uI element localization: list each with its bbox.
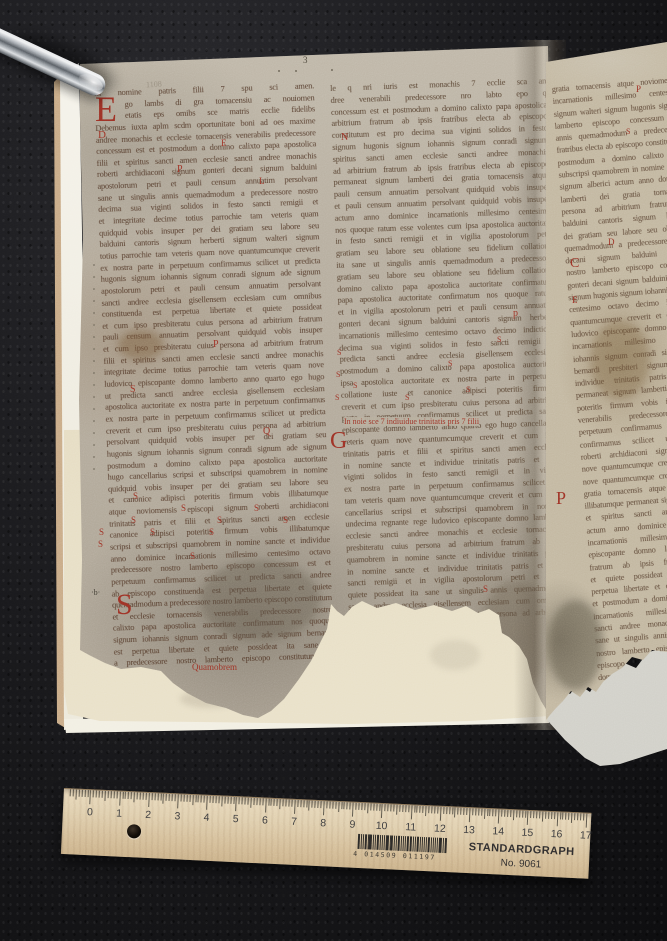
ruler-tick (122, 792, 123, 799)
pricking-dot (93, 384, 95, 386)
ruler-tick (277, 799, 278, 806)
pricking-dot (93, 312, 95, 314)
ruler-tick (350, 802, 351, 809)
ruler-tick (227, 797, 228, 804)
ruler-tick (104, 791, 105, 801)
ruler-tick (110, 791, 111, 798)
ruler-tick (134, 792, 135, 802)
ruler-tick (312, 801, 313, 808)
ruler-number: 15 (521, 827, 533, 840)
pricking-dot (278, 70, 280, 72)
ruler-tick (163, 794, 164, 804)
ruler-tick (364, 803, 365, 810)
pricking-dot (93, 276, 95, 278)
ruler-tick (539, 811, 540, 818)
pricking-dot (93, 360, 95, 362)
ruler-tick (309, 801, 310, 811)
ruler-tick (341, 802, 342, 809)
ruler-tick (437, 807, 438, 814)
ruler-number: 16 (550, 828, 562, 841)
ruler-tick (402, 805, 403, 812)
ruler-tick (420, 806, 421, 813)
ruler-tick (452, 807, 453, 814)
ruler-tick (563, 813, 564, 820)
ruler-tick (475, 808, 476, 815)
ruler-tick (481, 809, 482, 816)
ruler-tick (443, 807, 444, 814)
ruler-tick (583, 813, 584, 820)
ruler-tick (522, 811, 523, 818)
ruler-tick (137, 792, 138, 799)
ruler-tick (466, 808, 467, 815)
ruler-tick (99, 791, 100, 798)
ruler-tick (116, 791, 117, 798)
ruler-tick (405, 805, 406, 812)
ruler-tick (236, 797, 238, 811)
ruler-tick (151, 793, 152, 800)
ruler-tick (440, 807, 442, 821)
ruler-number: 10 (375, 820, 387, 833)
ruler-number: 14 (492, 825, 504, 838)
ruler-tick (390, 804, 391, 811)
ruler-tick (434, 806, 435, 813)
ruler-tick (248, 798, 249, 805)
ruler-tick (294, 800, 296, 814)
ruler-tick (84, 790, 85, 797)
ruler-tick (297, 800, 298, 807)
ruler-tick (180, 795, 181, 802)
ruler-tick (90, 790, 92, 804)
ruler-tick (577, 813, 578, 820)
ruler-tick (527, 811, 529, 825)
ruler-tick (326, 801, 327, 808)
ruler-tick (143, 793, 144, 800)
ruler-tick (230, 797, 231, 804)
ruler-tick (177, 794, 179, 808)
pricking-dot (93, 288, 95, 290)
ruler-tick (469, 808, 471, 822)
ruler-number: 5 (233, 813, 239, 825)
ruler-tick (516, 810, 517, 817)
ruler-tick (463, 808, 464, 815)
ruler-tick (70, 789, 71, 796)
ruler-tick (510, 810, 511, 817)
ruler-tick (396, 805, 397, 815)
ruler-tick (347, 802, 348, 809)
ruler-tick (536, 811, 537, 818)
ruler-tick (411, 805, 413, 819)
ruler-number: 17 (580, 829, 592, 842)
ruler-tick (507, 810, 508, 817)
ruler-tick (315, 801, 316, 808)
ruler-tick (192, 795, 193, 805)
ruler-tick (568, 813, 569, 820)
ruler-tick (358, 803, 359, 810)
ruler-tick (504, 810, 505, 817)
pricking-dot (93, 372, 95, 374)
ruler-tick (414, 806, 415, 813)
ruler-tick (210, 796, 211, 803)
ruler-number: 7 (291, 816, 297, 828)
ruler-tick (265, 798, 267, 812)
ruler-tick (525, 811, 526, 818)
pricking-dot (295, 70, 297, 72)
ruler-tick (388, 804, 389, 811)
pricking-dot (93, 300, 95, 302)
ruler-tick (487, 809, 488, 816)
ruler-number: 1 (116, 807, 122, 819)
stain (590, 320, 650, 400)
ruler-tick (75, 790, 76, 800)
red-initial: S (626, 128, 630, 136)
ruler-tick (195, 795, 196, 802)
ruler-tick (513, 810, 514, 820)
ruler-tick (580, 813, 581, 820)
pricking-dot (93, 348, 95, 350)
ruler-tick (256, 798, 257, 805)
ruler-tick (399, 805, 400, 812)
ruler-tick (285, 799, 286, 806)
ruler-tick (571, 813, 572, 823)
ruler-tick (78, 790, 79, 797)
red-initial: C (570, 257, 579, 271)
ruler-number: 6 (262, 814, 268, 826)
ruler-tick (224, 797, 225, 804)
ruler-tick (157, 793, 158, 800)
ruler-tick (145, 793, 146, 800)
ruler-tick (172, 794, 173, 801)
ruler-tick (498, 810, 500, 824)
pricking-dot (93, 336, 95, 338)
ruler-tick (381, 804, 383, 818)
ruler-tick (166, 794, 167, 801)
ruler-tick (87, 790, 88, 797)
ruler-tick (551, 812, 552, 819)
ruler-tick (198, 795, 199, 802)
ruler-tick (495, 809, 496, 816)
ruler-tick (288, 800, 289, 807)
ruler-tick (554, 812, 555, 819)
ruler-tick (242, 797, 243, 804)
ruler-tick (160, 794, 161, 801)
ruler-tick (519, 810, 520, 817)
ruler-tick (560, 812, 561, 819)
ruler-tick (460, 808, 461, 815)
stain (430, 640, 480, 670)
ruler-tick (556, 812, 558, 826)
ruler-number: 3 (174, 810, 180, 822)
pricking-dot (93, 432, 95, 434)
pricking-dot (93, 396, 95, 398)
ruler-number: 9 (349, 818, 355, 830)
ruler-tick (370, 803, 371, 810)
ruler-tick (417, 806, 418, 813)
ruler-tick (183, 795, 184, 802)
red-initial: P (556, 489, 566, 507)
ruler-tick (271, 799, 272, 806)
ruler-tick (125, 792, 126, 799)
ruler-tick (425, 806, 426, 816)
pricking-dot (93, 324, 95, 326)
ruler-tick (206, 796, 208, 810)
ruler-tick (274, 799, 275, 806)
ruler-number: 0 (87, 806, 93, 818)
ruler-tick (239, 797, 240, 804)
ruler-tick (253, 798, 254, 805)
ruler-tick (128, 792, 129, 799)
ruler-number: 12 (434, 822, 446, 835)
ruler-tick (318, 801, 319, 808)
ruler-tick (338, 802, 339, 812)
ruler-tick (478, 809, 479, 816)
ruler-tick (548, 812, 549, 819)
ruler-tick (119, 792, 121, 806)
ruler-tick (201, 795, 202, 802)
barcode-bar (444, 838, 447, 853)
ruler-tick (472, 808, 473, 815)
ruler-tick (169, 794, 170, 801)
ruler-tick (221, 796, 222, 806)
ruler-number: 13 (463, 824, 475, 837)
ruler-tick (542, 812, 543, 822)
ruler-tick (501, 810, 502, 817)
ruler-number: 8 (320, 817, 326, 829)
ruler-tick (361, 803, 362, 810)
ruler-tick (175, 794, 176, 801)
ruler-tick (303, 800, 304, 807)
ruler-tick (373, 804, 374, 811)
ruler-tick (408, 805, 409, 812)
pricking-dot (331, 69, 333, 71)
ruler-tick (484, 809, 485, 819)
ruler-tick (385, 804, 386, 811)
pricking-dot (93, 264, 95, 266)
ruler-tick (458, 808, 459, 815)
ruler-tick (446, 807, 447, 814)
ruler-tick (279, 799, 280, 809)
ruler-tick (113, 791, 114, 798)
ruler-tick (233, 797, 234, 804)
ruler-tick (423, 806, 424, 813)
ruler-tick (565, 813, 566, 820)
ruler-tick (300, 800, 301, 807)
ruler-tick (306, 800, 307, 807)
ruler-tick (250, 798, 251, 808)
ruler-tick (352, 803, 354, 817)
ruler-tick (262, 798, 263, 805)
ruler-tick (283, 799, 284, 806)
stain (548, 600, 603, 690)
red-initial: D (608, 238, 615, 247)
ruler-tick (344, 802, 345, 809)
ruler-tick (131, 792, 132, 799)
manuscript-photo: In nomine patris filii 7 spu sci amen.go… (0, 0, 667, 941)
pricking-dot (93, 444, 95, 446)
red-initial: P (636, 85, 641, 94)
ruler-tick (140, 793, 141, 800)
ruler-tick (533, 811, 534, 818)
ruler-tick (530, 811, 531, 818)
ruler-tick (454, 807, 455, 817)
ruler-tick (268, 799, 269, 806)
red-initial: E (572, 296, 578, 305)
ruler-tick (574, 813, 575, 820)
ruler-tick (218, 796, 219, 803)
ruler-tick (102, 791, 103, 798)
ruler-number: 11 (405, 821, 416, 834)
pricking-dot (93, 468, 95, 470)
ruler-tick (81, 790, 82, 797)
ruler-tick (490, 809, 491, 816)
ruler-tick (393, 805, 394, 812)
ruler-tick (154, 793, 155, 800)
ruler-tick (291, 800, 292, 807)
ruler-tick (259, 798, 260, 805)
ruler-tick (245, 798, 246, 805)
ruler-tick (320, 801, 321, 808)
ruler-tick (332, 802, 333, 809)
ruler-tick (215, 796, 216, 803)
ruler-tick (449, 807, 450, 814)
ruler-tick (335, 802, 336, 809)
ruler-tick (367, 803, 368, 813)
ruler-tick (431, 806, 432, 813)
ruler-tick (329, 802, 330, 809)
ruler-tick (204, 796, 205, 803)
ruler-tick (545, 812, 546, 819)
ruler-tick (376, 804, 377, 811)
ruler-tick (96, 791, 97, 798)
ruler-tick (355, 803, 356, 810)
ruler-tick (93, 790, 94, 797)
ruler-tick (586, 814, 588, 828)
ruler-tick (379, 804, 380, 811)
ruler-tick (73, 789, 74, 796)
ruler-tick (323, 801, 325, 815)
ruler-tick (186, 795, 187, 802)
ruler-tick (428, 806, 429, 813)
ruler-tick (108, 791, 109, 798)
pricking-dot (93, 408, 95, 410)
ruler-number: 4 (203, 812, 209, 824)
pricking-dot (93, 420, 95, 422)
ruler-tick (213, 796, 214, 803)
ruler-number: 2 (145, 809, 151, 821)
ruler-tick (493, 809, 494, 816)
ruler-tick (148, 793, 150, 807)
ruler-tick (189, 795, 190, 802)
pricking-dot (93, 456, 95, 458)
